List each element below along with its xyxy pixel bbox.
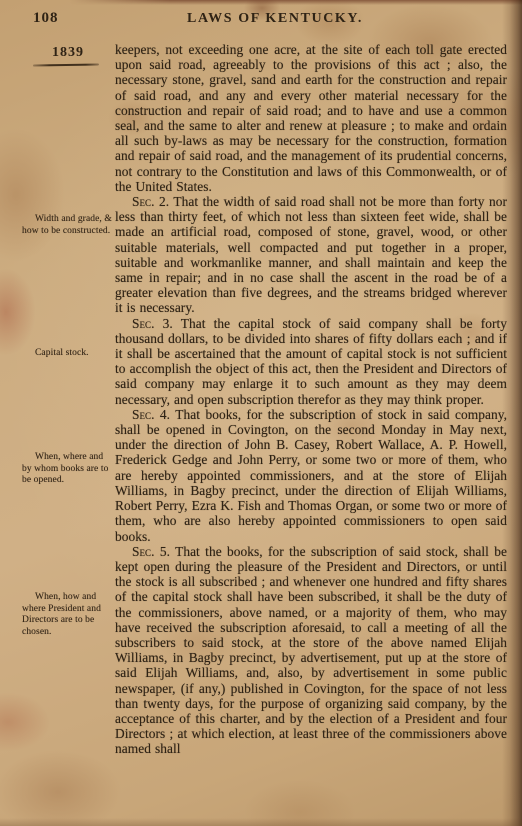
paragraph-sec-5: Sec. 5. That the books, for the subscrip…: [115, 544, 507, 757]
margin-year-rule: [33, 63, 99, 66]
section-label: Sec. 2.: [132, 194, 169, 209]
margin-note-president-directors: When, how and where President and Direct…: [22, 592, 112, 638]
paragraph-sec-3: Sec. 3. That the capital stock of said c…: [115, 316, 507, 407]
paragraph-continuation: keepers, not exceeding one acre, at the …: [115, 42, 507, 194]
paragraph-text: keepers, not exceeding one acre, at the …: [115, 42, 507, 194]
paragraph-text: That the books, for the subscription of …: [115, 544, 507, 757]
section-label: Sec. 3.: [132, 316, 173, 331]
paragraph-text: That books, for the subscription of stoc…: [115, 407, 507, 544]
paragraph-text: That the capital stock of said company s…: [115, 316, 507, 407]
section-label: Sec. 4.: [132, 407, 170, 422]
paragraph-sec-2: Sec. 2. That the width of said road shal…: [115, 194, 507, 316]
running-header-title: LAWS OF KENTUCKY.: [60, 11, 490, 27]
scanned-book-page: 108 LAWS OF KENTUCKY. 1839 Width and gra…: [0, 0, 522, 826]
section-label: Sec. 5.: [132, 544, 170, 559]
margin-note-width-and-grade: Width and grade, & how to be constructed…: [22, 214, 112, 237]
margin-note-books-opened: When, where and by whom books are to be …: [22, 452, 112, 487]
paragraph-text: That the width of said road shall not be…: [115, 194, 507, 315]
margin-year: 1839: [36, 45, 100, 61]
page-number: 108: [33, 10, 59, 27]
page-top-edge-shadow: [70, 0, 522, 5]
body-text-column: keepers, not exceeding one acre, at the …: [115, 42, 507, 824]
margin-note-capital-stock: Capital stock.: [22, 348, 112, 360]
paragraph-sec-4: Sec. 4. That books, for the subscription…: [115, 407, 507, 544]
margin-year-block: 1839: [36, 45, 100, 66]
